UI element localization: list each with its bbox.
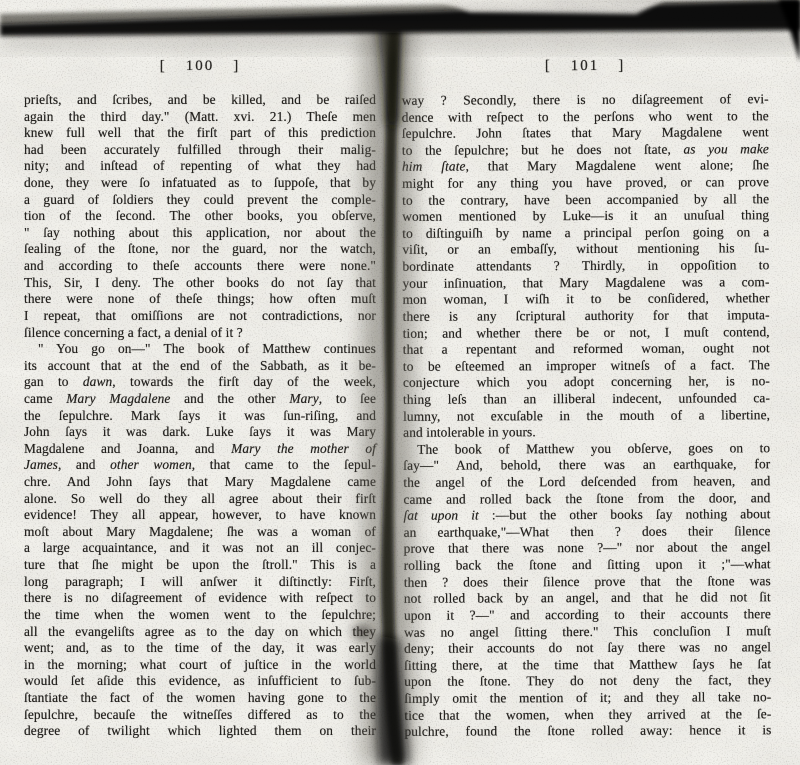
- text-line: there is any ſcriptural authority for th…: [403, 307, 770, 325]
- text-line: and according to theſe accounts there we…: [24, 258, 376, 275]
- text-line: women mentioned by Luke—is it an unuſual…: [402, 207, 769, 225]
- text-line: again the third day." (Matt. xvi. 21.) T…: [24, 109, 376, 126]
- page-right: [ 101 ] way ? Secondly, there is no diſa…: [402, 57, 772, 740]
- text-line: came and rolled back the ſtone from the …: [403, 490, 770, 508]
- text-line: ſepulchre, becauſe the witneſſes differe…: [24, 707, 376, 724]
- text-line: to the ſepulchre; but he does not ſtate,…: [402, 141, 769, 159]
- text-line: gan to dawn, towards the firſt day of th…: [24, 374, 376, 391]
- text-line: dence with reſpect to the perſons who we…: [402, 108, 769, 126]
- text-line: The book of Matthew you obſerve, goes on…: [403, 440, 770, 458]
- text-line: alone. So well do they all agree about t…: [24, 491, 376, 508]
- text-line: the angel of the Lord deſcended from hea…: [403, 473, 770, 491]
- text-line: him ſtate, that Mary Magdalene went alon…: [402, 158, 769, 176]
- text-line: ſepulchre. John ſtates that Mary Magdale…: [402, 124, 769, 142]
- text-line: then ? does their ſilence prove that the…: [404, 573, 771, 591]
- text-line: to be eſteemed an improper witneſs of a …: [403, 357, 770, 375]
- text-line: had been accurately fulfilled through th…: [24, 142, 376, 159]
- text-line: long paragraph; I will anſwer it diſtinc…: [24, 574, 376, 591]
- text-line: Magdalene and Joanna, and Mary the mothe…: [24, 441, 376, 458]
- text-line: all the evangeliſts agree as to the day …: [24, 624, 376, 641]
- text-line: bordinate attendants ? Thirdly, in oppoſ…: [402, 257, 769, 275]
- text-line: done, they were ſo infatuated as to ſupp…: [24, 175, 376, 192]
- text-line: not rolled back by an angel, and that he…: [404, 589, 771, 607]
- text-line: ſealing of the ſtone, nor the guard, nor…: [24, 241, 376, 258]
- text-line: prieſts, and ſcribes, and be killed, and…: [24, 92, 376, 109]
- text-line: its account that at the end of the Sabba…: [24, 358, 376, 375]
- text-line: " You go on—" The book of Matthew contin…: [24, 341, 376, 358]
- text-line: deny; their accounts do not ſay there wa…: [404, 639, 771, 657]
- text-line: an earthquake,"—What then ? does their ſ…: [404, 523, 771, 541]
- text-line: nity; and inſtead of repenting of what t…: [24, 158, 376, 175]
- text-line: This, Sir, I deny. The other books do no…: [24, 275, 376, 292]
- text-line: and intolerable in yours.: [403, 423, 770, 441]
- text-line: your inſinuation, that Mary Magdalene wa…: [402, 274, 769, 292]
- page-left: [ 100 ] prieſts, and ſcribes, and be kil…: [24, 58, 376, 740]
- text-line: degree of twilight which lighted them on…: [24, 723, 376, 740]
- text-line: pulchre, found the ſtone rolled away: he…: [404, 722, 771, 740]
- text-line: chre. And John ſays that Mary Magdalene …: [24, 474, 376, 491]
- corner-mark: [778, 0, 800, 62]
- text-line: ſay—" And, behold, there was an earthqua…: [403, 457, 770, 475]
- text-line: John ſays it was dark. Luke ſays it was …: [24, 424, 376, 441]
- text-line: to diſtinguiſh by name a principal perſo…: [402, 224, 769, 242]
- text-line: would ſet aſide this evidence, as inſuff…: [24, 673, 376, 690]
- page-text-column: way ? Secondly, there is no diſagreement…: [402, 91, 772, 740]
- text-line: ſitting there, at the time that Matthew …: [404, 656, 771, 674]
- text-line: ſat upon it :—but the other books ſay no…: [403, 506, 770, 524]
- text-line: a large acquaintance, and it was not an …: [24, 540, 376, 557]
- text-line: lumny, not excuſable in the mouth of a l…: [403, 407, 770, 425]
- text-line: ſilence concerning a fact, a denial of i…: [24, 325, 376, 342]
- text-line: rolling back the ſtone and ſitting upon …: [404, 556, 771, 574]
- text-line: to the contrary, have been accompanied b…: [402, 191, 769, 209]
- text-line: knew full well that the firſt part of th…: [24, 125, 376, 142]
- text-line: the time when the women went to the ſepu…: [24, 607, 376, 624]
- text-line: the ſepulchre. Mark ſays it was ſun-riſi…: [24, 408, 376, 425]
- text-line: ture that ſhe might be upon the ſtroll."…: [24, 557, 376, 574]
- text-line: thing leſs than an illiberal indecent, u…: [403, 390, 770, 408]
- top-edge-shadow: [0, 0, 800, 48]
- text-line: upon it ?—" and according to their accou…: [404, 606, 771, 624]
- text-line: way ? Secondly, there is no diſagreement…: [402, 91, 769, 109]
- page-number-folio: [ 101 ]: [402, 57, 769, 93]
- text-line: tice that the women, when they arrived a…: [404, 706, 771, 724]
- text-line: came Mary Magdalene and the other Mary, …: [24, 391, 376, 408]
- text-line: might for any thing you have proved, or …: [402, 174, 769, 192]
- text-line: ſtantiate the fact of the women having g…: [24, 690, 376, 707]
- text-line: that a repentant and reformed woman, oug…: [403, 340, 770, 358]
- text-line: " ſay nothing about this application, no…: [24, 225, 376, 242]
- text-line: went; and, as to the time of the day, it…: [24, 640, 376, 657]
- text-line: evidence! They all appear, however, to h…: [24, 507, 376, 524]
- text-line: James, and other women, that came to the…: [24, 457, 376, 474]
- text-line: prove that there was none ?—" nor about …: [404, 540, 771, 558]
- text-line: a guard of ſoldiers they could prevent t…: [24, 192, 376, 209]
- text-line: I repeat, that omiſſions are not contrad…: [24, 308, 376, 325]
- text-line: conjecture which you adopt concerning he…: [403, 374, 770, 392]
- text-line: upon the ſtone. They do not deny the fac…: [404, 673, 771, 691]
- text-line: moſt about Mary Magdalene; ſhe was a wom…: [24, 524, 376, 541]
- text-line: viſit, or an embaſſy, without mentioning…: [402, 241, 769, 259]
- text-line: there is no diſagreement of evidence wit…: [24, 590, 376, 607]
- text-line: ſimply omit the mention of it; and they …: [404, 689, 771, 707]
- text-line: was no angel ſitting there." This conclu…: [404, 623, 771, 641]
- book-scan-photo: [ 100 ] prieſts, and ſcribes, and be kil…: [0, 0, 800, 765]
- page-number-folio: [ 100 ]: [24, 58, 376, 92]
- text-line: in the morning; what court of juſtice in…: [24, 657, 376, 674]
- text-line: mon woman, I wiſh it to be conſidered, w…: [403, 291, 770, 309]
- text-line: there were none of theſe things; how oft…: [24, 291, 376, 308]
- text-line: tion of the ſecond. The other books, you…: [24, 208, 376, 225]
- page-text-column: prieſts, and ſcribes, and be killed, and…: [24, 92, 376, 740]
- text-line: tion; and whether there be or not, I muſ…: [403, 324, 770, 342]
